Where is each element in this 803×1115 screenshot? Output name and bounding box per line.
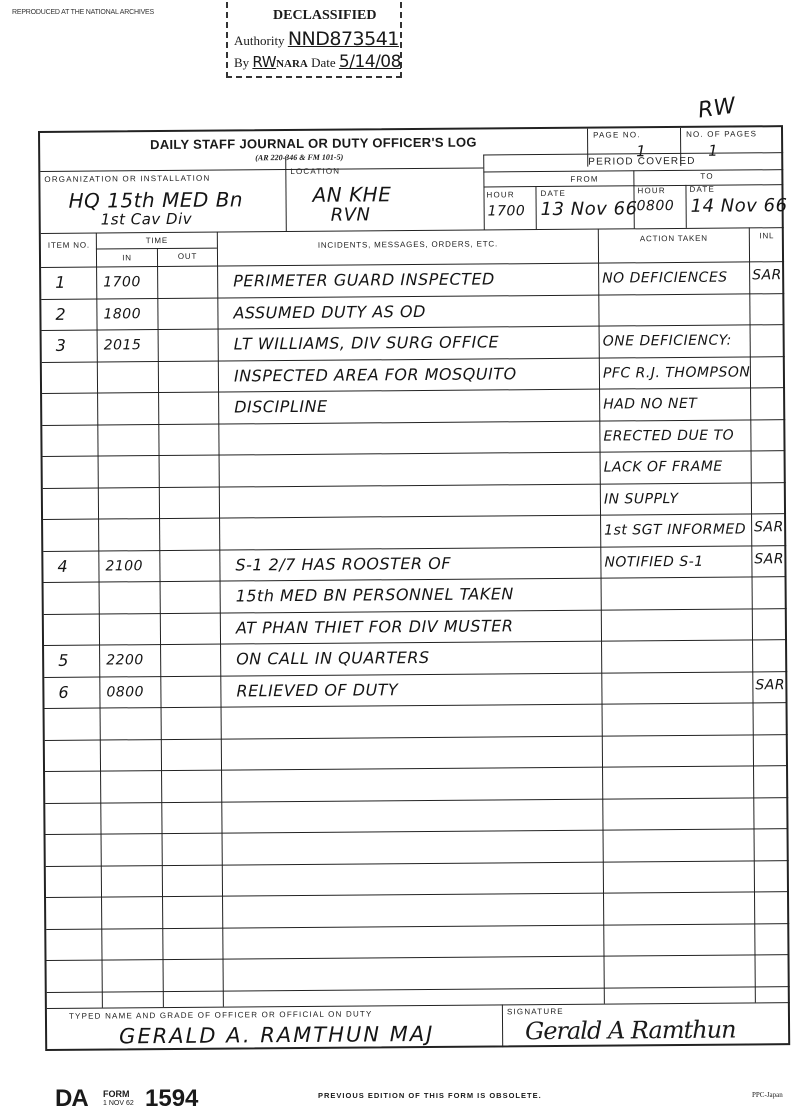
- from-hour-value: 1700: [488, 203, 526, 219]
- officer-name-value: GERALD A. RAMTHUN MAJ: [119, 1022, 434, 1048]
- cell-inl: SAR: [754, 551, 784, 567]
- officer-name-label: TYPED NAME AND GRADE OF OFFICER OR OFFIC…: [69, 1009, 373, 1020]
- stamp-authority-label: Authority: [234, 33, 285, 48]
- period-covered-label: PERIOD COVERED: [588, 156, 695, 168]
- cell-item-no: 6: [58, 682, 69, 701]
- cell-incident: 15th MED BN PERSONNEL TAKEN: [236, 584, 514, 605]
- cell-time-in: 1700: [103, 274, 141, 290]
- stamp-nara-label: NARA: [276, 58, 308, 70]
- header-incidents: INCIDENTS, MESSAGES, ORDERS, ETC.: [218, 239, 598, 251]
- no-of-pages-label: NO. OF PAGES: [686, 129, 757, 139]
- no-of-pages-value: 1: [708, 142, 718, 160]
- from-date-label: DATE: [540, 189, 566, 198]
- cell-action: LACK OF FRAME: [604, 459, 723, 476]
- stamp-authority-value: NND873541: [288, 28, 399, 50]
- cell-time-in: 1800: [103, 306, 141, 322]
- page-no-label: PAGE NO.: [593, 130, 641, 139]
- cell-incident: RELIEVED OF DUTY: [236, 680, 398, 700]
- form-title: DAILY STAFF JOURNAL OR DUTY OFFICER'S LO…: [150, 135, 477, 153]
- margin-initials: RW: [696, 93, 737, 123]
- header-time: TIME: [97, 236, 217, 246]
- cell-action: NOTIFIED S-1: [604, 553, 703, 570]
- cell-action: PFC R.J. THOMPSON: [603, 364, 751, 381]
- organization-line-1: HQ 15th MED Bn: [68, 187, 243, 212]
- cell-action: ERECTED DUE TO: [603, 427, 734, 444]
- from-hour-label: HOUR: [486, 190, 514, 199]
- duty-log-form: DAILY STAFF JOURNAL OR DUTY OFFICER'S LO…: [38, 125, 790, 1051]
- stamp-authority-row: Authority NND873541: [234, 28, 399, 50]
- form-number: 1594: [145, 1085, 198, 1113]
- from-label: FROM: [570, 175, 598, 184]
- archive-note: REPRODUCED AT THE NATIONAL ARCHIVES: [12, 9, 154, 16]
- cell-time-in: 2015: [104, 337, 142, 353]
- form-edition-block: FORM 1 NOV 62: [103, 1090, 134, 1108]
- cell-item-no: 3: [56, 336, 67, 355]
- cell-item-no: 2: [55, 304, 66, 323]
- organization-line-2: 1st Cav Div: [101, 210, 193, 229]
- header-action: ACTION TAKEN: [599, 233, 749, 243]
- stamp-date-value: 5/14/08: [339, 52, 401, 72]
- stamp-by-row: By RWNARA Date 5/14/08: [234, 52, 401, 72]
- from-date-value: 13 Nov 66: [541, 198, 638, 220]
- to-label: TO: [700, 172, 713, 181]
- signature-value: Gerald A Ramthun: [525, 1016, 736, 1046]
- cell-incident: DISCIPLINE: [234, 397, 328, 417]
- cell-action: ONE DEFICIENCY:: [603, 333, 732, 350]
- cell-incident: S-1 2/7 HAS ROOSTER OF: [235, 553, 451, 574]
- to-hour-label: HOUR: [637, 186, 665, 195]
- obsolete-note: PREVIOUS EDITION OF THIS FORM IS OBSOLET…: [318, 1091, 542, 1100]
- cell-action: HAD NO NET: [603, 396, 697, 413]
- header-inl: INL: [750, 231, 784, 240]
- declassified-stamp: DECLASSIFIED Authority NND873541 By RWNA…: [226, 2, 402, 78]
- cell-incident: AT PHAN THIET FOR DIV MUSTER: [236, 616, 514, 637]
- stamp-date-label: Date: [311, 55, 336, 70]
- form-edition: 1 NOV 62: [103, 1099, 134, 1108]
- cell-action: NO DEFICIENCES: [602, 270, 728, 287]
- to-date-label: DATE: [689, 185, 715, 194]
- header-out: OUT: [158, 252, 217, 261]
- location-line-1: AN KHE: [312, 182, 391, 207]
- cell-inl: SAR: [754, 519, 784, 535]
- cell-inl: SAR: [755, 677, 785, 693]
- form-subtitle: (AR 220-346 & FM 101-5): [255, 153, 343, 163]
- header-in: IN: [97, 253, 157, 262]
- cell-time-in: 2100: [105, 558, 143, 574]
- cell-incident: ASSUMED DUTY AS OD: [233, 301, 426, 322]
- log-table: 11700PERIMETER GUARD INSPECTEDNO DEFICIE…: [40, 127, 781, 133]
- signature-label: SIGNATURE: [507, 1007, 564, 1016]
- cell-action: 1st SGT INFORMED: [604, 521, 746, 538]
- cell-time-in: 2200: [106, 652, 144, 668]
- to-date-value: 14 Nov 66: [691, 195, 788, 217]
- to-hour-value: 0800: [637, 198, 675, 214]
- stamp-title: DECLASSIFIED: [273, 8, 376, 24]
- header-item-no: ITEM NO.: [43, 241, 95, 251]
- location-label: LOCATION: [290, 167, 340, 176]
- organization-label: ORGANIZATION OR INSTALLATION: [44, 174, 210, 184]
- printer-mark: PPC-Japan: [752, 1091, 783, 1099]
- cell-inl: SAR: [752, 267, 782, 283]
- cell-incident: LT WILLIAMS, DIV SURG OFFICE: [234, 332, 500, 353]
- cell-time-in: 0800: [106, 684, 144, 700]
- cell-item-no: 5: [58, 651, 69, 670]
- form-prefix: DA: [55, 1085, 88, 1113]
- cell-incident: INSPECTED AREA FOR MOSQUITO: [234, 364, 517, 385]
- cell-incident: PERIMETER GUARD INSPECTED: [233, 269, 495, 290]
- stamp-by-value: RW: [252, 53, 276, 71]
- cell-action: IN SUPPLY: [604, 490, 679, 507]
- stamp-by-label: By: [234, 55, 249, 70]
- cell-item-no: 4: [57, 556, 68, 575]
- location-line-2: RVN: [331, 204, 371, 225]
- cell-item-no: 1: [55, 273, 66, 292]
- cell-incident: ON CALL IN QUARTERS: [236, 648, 430, 669]
- form-word: FORM: [103, 1090, 134, 1099]
